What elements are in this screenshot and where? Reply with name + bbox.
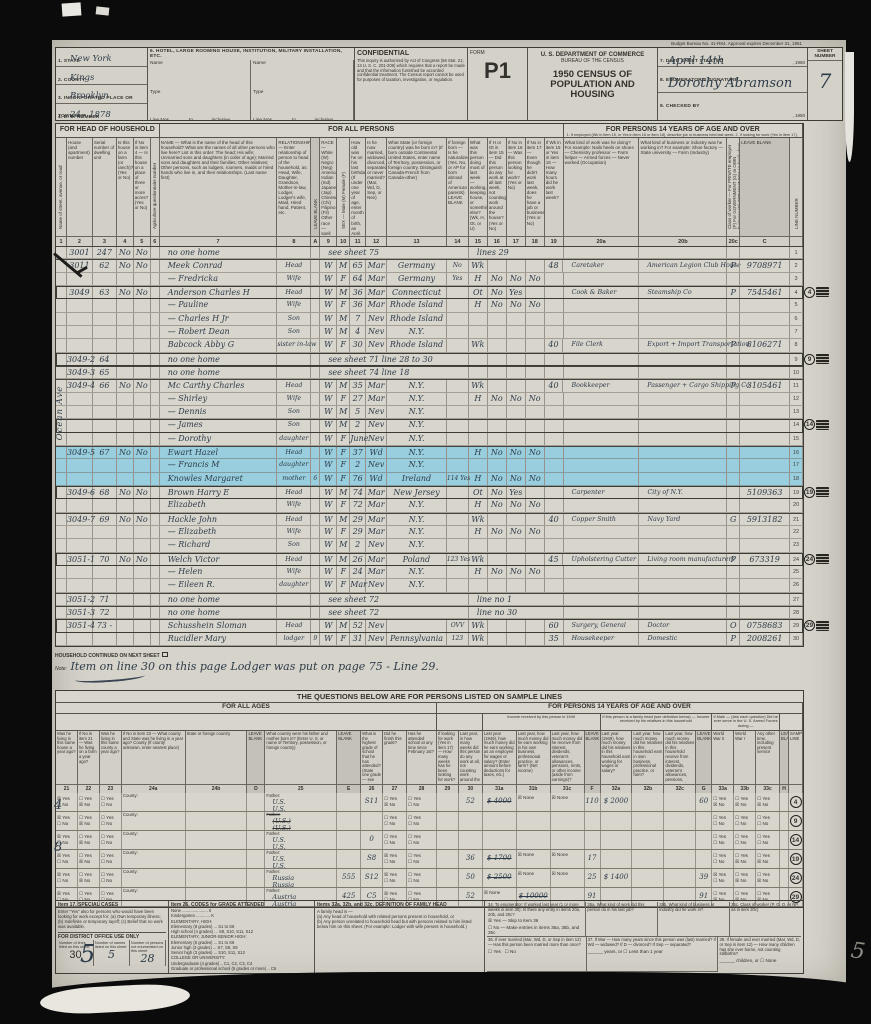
- cell: 72: [93, 607, 117, 618]
- cell: [117, 367, 134, 378]
- office-code: 25: [585, 869, 600, 881]
- column-number: 9: [320, 236, 336, 246]
- cell: — Fredricka: [160, 273, 278, 285]
- family-other-income-cell: [664, 812, 696, 830]
- column-question: What State (or foreign country) was he b…: [387, 138, 446, 235]
- cell: P: [727, 554, 740, 565]
- cell: W: [320, 393, 337, 405]
- parents-birthplace-cell: Father:RussiaRussiaMother:U.S.: [265, 869, 336, 887]
- cell: W: [320, 487, 337, 498]
- state-value: New York: [70, 55, 112, 64]
- other-income-cell: ☒ None: [551, 850, 585, 868]
- column-question: Last year, how much money did his relati…: [664, 731, 695, 783]
- cell: No: [488, 447, 507, 458]
- cell: [727, 607, 740, 618]
- cell: [469, 326, 488, 338]
- scanned-census-image: 146 Budget Bureau No. 41-R84. Approval e…: [0, 0, 871, 1024]
- cell: [151, 380, 160, 391]
- checkbox-pair: ☐ Yes☐ No: [734, 812, 755, 830]
- cell: W: [320, 433, 337, 445]
- margin-pen-mark: 4: [54, 798, 62, 813]
- grade-cell: S8: [361, 850, 383, 868]
- column-header: State or foreign country24b: [186, 731, 248, 793]
- none-checkbox: ☒ None: [517, 793, 550, 801]
- column-number: C: [740, 236, 789, 246]
- cell: [151, 419, 160, 431]
- cell: 9: [311, 633, 320, 645]
- cell: [117, 313, 134, 325]
- money-cell: ☒ None: [517, 793, 550, 801]
- money-cell: $ 4000: [483, 793, 516, 805]
- cell: 3049-6: [67, 487, 93, 498]
- cell: [56, 313, 67, 325]
- cell: [93, 326, 117, 338]
- checkbox-pair: ☐ Yes☐ No: [712, 812, 733, 830]
- column-question: If No in item 23 — What county and State…: [122, 731, 185, 783]
- cell: N.Y.: [387, 393, 447, 405]
- cell: No: [117, 260, 134, 271]
- cell: Nev: [366, 459, 387, 471]
- cell: 3049-3: [67, 367, 93, 378]
- cell: 3049-2: [67, 354, 93, 365]
- cell: W: [320, 287, 337, 298]
- column-question: What is the highest grade of school that…: [361, 731, 382, 783]
- cell: Mar: [366, 499, 387, 511]
- cell: [67, 633, 93, 645]
- cell: Connecticut: [387, 287, 447, 298]
- cell: 45: [545, 554, 564, 565]
- cell: [311, 579, 320, 591]
- weeks-worked-cell: 52: [459, 793, 483, 811]
- checkbox-no: ☐ No: [101, 878, 121, 884]
- column-header: If No in item 4 — Is this house on a pla…: [134, 138, 151, 246]
- cell: 3051-1: [67, 554, 93, 565]
- checkbox-no: ☐ No: [384, 821, 406, 827]
- cell: [56, 566, 67, 578]
- checkbox-no: ☒ No: [735, 878, 755, 884]
- column-question: Name of street, avenue, or road: [58, 138, 63, 230]
- other-income-cell: [551, 812, 585, 830]
- person-row: — ElizabethWifeWF29MarN.Y.HNoNoNo22: [56, 526, 803, 539]
- cell: No: [507, 499, 526, 511]
- finish-grade-cell: ☒ Yes☐ No: [383, 869, 407, 887]
- cell: Mar: [366, 299, 387, 311]
- column-question: Last year (1949), how much money did he …: [483, 731, 516, 783]
- sample-line-cell: 24: [789, 869, 803, 887]
- cell: Son: [277, 313, 311, 325]
- cell: Wife: [277, 499, 311, 511]
- cell: No: [117, 487, 134, 498]
- column-number: 15: [469, 236, 487, 246]
- cell: [447, 433, 469, 445]
- date-value: April 14th: [668, 54, 724, 67]
- cell: 20: [790, 499, 803, 511]
- cell: [564, 566, 640, 578]
- cell: [469, 459, 488, 471]
- cell: 70: [93, 554, 117, 565]
- column-number: 1: [56, 236, 66, 246]
- cell: [727, 419, 740, 431]
- cell: P: [727, 287, 740, 298]
- item-36-checkboxes: ☐ Yes ☐ No: [488, 949, 585, 954]
- family-business-cell: [632, 850, 664, 868]
- cell: N.Y.: [387, 499, 447, 511]
- column-header: Last year, in how many weeks did this pe…: [459, 731, 483, 793]
- sample-stamp: [816, 487, 829, 497]
- sample-group-band: FOR ALL AGESFOR PERSONS 14 YEARS OF AGE …: [56, 703, 803, 714]
- person-row: 3001247NoNono one homesee sheet 75lines …: [56, 246, 803, 259]
- form-number-block: FORM P1: [468, 48, 528, 120]
- grade-cell: 0: [361, 831, 383, 849]
- cell: Nev: [366, 339, 387, 351]
- weeks-worked-cell: [459, 812, 483, 830]
- cell: [545, 566, 564, 578]
- subgroup-title: [780, 714, 803, 730]
- form-label: FORM: [468, 48, 527, 58]
- cell: sister in-law: [277, 339, 311, 351]
- cell: [311, 287, 320, 298]
- cell: [740, 473, 790, 485]
- item-37-answer-line: ______ years, or ☐ Less than 1 year: [588, 949, 717, 954]
- cell: 76: [350, 473, 366, 485]
- other-income-cell: [551, 831, 585, 849]
- person-row: 3049-365no one homesee sheet 74 line 181…: [56, 366, 803, 379]
- cell: [151, 499, 160, 511]
- cell: [151, 539, 160, 551]
- column-question: If No in item 21 — Was he living on a fa…: [78, 731, 99, 783]
- column-question: RELATIONSHIP — Enter relationship of per…: [277, 138, 310, 235]
- cell: [639, 607, 727, 618]
- sample-line-number: 9: [804, 354, 815, 365]
- sample-line-number: 24: [790, 872, 802, 884]
- column-header: Serial number of dwelling unit3: [93, 138, 117, 246]
- census-sheet: 146 Budget Bureau No. 41-R84. Approval e…: [52, 40, 846, 988]
- cell: 5: [790, 299, 803, 311]
- cell: [526, 354, 545, 365]
- cell: [507, 459, 526, 471]
- column-number: 17: [507, 236, 525, 246]
- father-value: Russia: [272, 882, 335, 887]
- parents-birthplace-cell: Father:U.S.U.S.Mother:U.S.: [265, 793, 336, 811]
- leave-blank-cell: 17: [585, 850, 601, 868]
- office-code: 39: [696, 869, 711, 881]
- cell: Nev: [366, 433, 387, 445]
- cell: No: [526, 393, 545, 405]
- subgroup-title: [437, 714, 483, 730]
- checkbox-pair: ☐ Yes☐ No: [756, 831, 779, 849]
- cell: [93, 419, 117, 431]
- group-section: FOR HEAD OF HOUSEHOLD: [56, 124, 160, 137]
- checkbox-no: ☐ No: [101, 859, 121, 865]
- cell: No: [526, 447, 545, 458]
- cell: Mar: [366, 380, 387, 391]
- cell: [117, 326, 134, 338]
- cell: Mar: [366, 273, 387, 285]
- column-number: 26: [361, 784, 382, 793]
- column-question: If No in item 4 — Is this house on a pla…: [134, 138, 150, 235]
- cell: [469, 354, 488, 365]
- county-cell: County:: [122, 869, 185, 876]
- cell: [311, 260, 320, 271]
- cell: [545, 579, 564, 591]
- checkbox-no: ☒ No: [79, 840, 99, 846]
- checkbox-pair: ☐ Yes☐ No: [712, 831, 733, 849]
- checkbox-no: ☐ No: [408, 821, 436, 827]
- cell: [67, 339, 93, 351]
- column-question: LEAVE BLANK: [740, 138, 789, 235]
- money-value: $ 1700: [483, 850, 516, 862]
- money-value: $ 2000: [601, 793, 632, 805]
- cell: F: [337, 526, 350, 538]
- cell: [740, 367, 790, 378]
- cell: [526, 380, 545, 391]
- cell: [564, 607, 640, 618]
- cell: [447, 299, 469, 311]
- cell: Ot: [469, 487, 488, 498]
- cell: [488, 313, 507, 325]
- person-row: — Francis MdaughterWF2NevN.Y.17: [56, 459, 803, 472]
- cell: — Dennis: [160, 406, 278, 418]
- cell: M: [337, 260, 350, 271]
- cell: No: [526, 566, 545, 578]
- cell: Wk: [469, 633, 488, 645]
- cell: [507, 380, 526, 391]
- cell: [507, 633, 526, 645]
- person-row: ElizabethWifeWF72MarN.Y.HNoNoNo20: [56, 499, 803, 512]
- checkbox-no: ☐ No: [735, 840, 755, 846]
- column-question: Was he living in this same county a year…: [100, 731, 121, 783]
- sample-section-title: THE QUESTIONS BELOW ARE FOR PERSONS LIST…: [56, 691, 803, 703]
- sample-line-number: 14: [804, 419, 815, 430]
- grade-value: C5: [361, 888, 382, 900]
- cell: Head: [277, 287, 311, 298]
- special-cases-box: Item 17. SPECIAL CASES Enter "Yes" also …: [56, 901, 169, 973]
- cell: [469, 419, 488, 431]
- cell: [639, 473, 727, 485]
- cell: [56, 526, 67, 538]
- column-question: House (and apartment) number: [67, 138, 92, 235]
- column-number: 13: [387, 236, 446, 246]
- cell: 7545461: [740, 287, 790, 298]
- cell: [134, 499, 151, 511]
- cell: [740, 273, 790, 285]
- checkbox-no: ☒ No: [713, 802, 733, 808]
- cell: No: [507, 447, 526, 458]
- cell: 5109363: [740, 487, 790, 498]
- money-cell: ☒ None: [483, 888, 516, 896]
- cell: County:: [122, 812, 186, 830]
- leave-blank-cell: [585, 831, 601, 849]
- checkbox-pair: ☐ Yes☒ No: [78, 869, 99, 887]
- cell: 6: [790, 313, 803, 325]
- cell: [447, 539, 469, 551]
- cell: Head: [277, 554, 311, 565]
- family-wages-cell: $ 2000: [601, 793, 633, 811]
- cell: Nev: [366, 539, 387, 551]
- person-row: 3051-271no one homesee sheet 72line no 1…: [56, 593, 803, 606]
- cell: F: [337, 299, 350, 311]
- cell: [67, 313, 93, 325]
- sample-line-cell: 4: [789, 793, 803, 811]
- column-number: A: [311, 236, 319, 246]
- district-office-column: Number of names listed on this sheet5: [94, 940, 130, 967]
- cell: [67, 566, 93, 578]
- column-header: Last year, how much money did his relati…: [632, 731, 664, 793]
- column-question: If No in item 17 — Even though he didn't…: [526, 138, 544, 235]
- cell: [134, 354, 151, 365]
- cell: 28: [790, 607, 803, 618]
- checkbox-no: ☐ No: [713, 859, 733, 865]
- cell: [639, 499, 727, 511]
- none-checkbox: ☒ None: [551, 869, 584, 877]
- column-question: If H or Ot in item 15 — Did this person …: [488, 138, 506, 235]
- cell: [727, 354, 740, 365]
- item-37: 37. If Mar — How many years since this p…: [587, 937, 719, 972]
- none-checkbox: ☒ None: [551, 793, 584, 801]
- cell: 64: [93, 354, 117, 365]
- cell: Son: [277, 326, 311, 338]
- column-question: LEAVE BLANK: [247, 731, 264, 783]
- cell: Wd: [366, 473, 387, 485]
- q22-cell: ☐ Yes☒ No: [78, 831, 100, 849]
- cell: No: [134, 487, 151, 498]
- column-header: What country were his father and mother …: [265, 731, 337, 793]
- checkbox-no: ☐ No: [757, 821, 779, 827]
- cell: [151, 620, 160, 631]
- person-row: — Robert DeanSonWM4NevN.Y.7: [56, 326, 803, 339]
- cell: [526, 459, 545, 471]
- cell: 17: [790, 459, 803, 471]
- cell: 29: [790, 620, 803, 631]
- column-header: House (and apartment) number2: [67, 138, 93, 246]
- cell: 9708971: [740, 260, 790, 271]
- cell: [93, 539, 117, 551]
- checkbox-no: ☒ No: [757, 878, 779, 884]
- cell: [311, 313, 320, 325]
- cell: No: [488, 299, 507, 311]
- column-header: What kind of work was he doing? For exam…: [564, 138, 640, 246]
- cell: [469, 406, 488, 418]
- cell: [447, 287, 469, 298]
- cell: No: [488, 393, 507, 405]
- cell: [564, 594, 640, 605]
- form-header: 1. STATE New York 2. COUNTY Kings 3. INC…: [55, 47, 843, 121]
- leave-blank-cell: [585, 812, 601, 830]
- cell: [545, 447, 564, 458]
- family-head-title: Items 32a, 32b, and 32c. DEFINITION OF F…: [317, 902, 482, 908]
- column-number: 33a: [712, 784, 733, 793]
- column-question: LINE NUMBER: [794, 138, 799, 230]
- checkbox-pair: ☐ Yes☒ No: [78, 793, 99, 811]
- cell: [56, 607, 67, 618]
- checkbox-no: ☐ No: [713, 840, 733, 846]
- cell: Wife: [277, 299, 311, 311]
- cell: [545, 299, 564, 311]
- weeks-worked-value: 52: [459, 793, 482, 805]
- cell: [93, 633, 117, 645]
- wages-cell: $ 4000: [483, 793, 517, 811]
- cell: [545, 419, 564, 431]
- cell: Mar: [350, 579, 366, 591]
- column-question: Last year, how much money did he earn wo…: [517, 731, 550, 783]
- money-value: $ 4000: [483, 793, 516, 805]
- cell: F: [337, 473, 350, 485]
- father-value: U.S.: [272, 806, 335, 811]
- father-label: Father:U.S.U.S.: [266, 794, 335, 811]
- cell: [134, 539, 151, 551]
- leave-blank-cell: [696, 831, 712, 849]
- margin-pen-mark: 8: [54, 840, 62, 855]
- cell: [151, 273, 160, 285]
- cell: [151, 433, 160, 445]
- cell: [56, 326, 67, 338]
- cell: Nev: [366, 313, 387, 325]
- cell: 7: [350, 313, 366, 325]
- ww2-service-cell: ☒ Yes☐ No: [712, 869, 734, 887]
- cell: No: [134, 514, 151, 525]
- cell: [117, 433, 134, 445]
- cell: [151, 313, 160, 325]
- cell: [151, 473, 160, 485]
- column-question: Agriculture questionnaire number: [152, 138, 157, 230]
- group-title: FOR ALL PERSONS: [160, 124, 563, 133]
- cell: No: [526, 273, 545, 285]
- cell: No: [526, 526, 545, 538]
- cell: [117, 419, 134, 431]
- person-row: 3051-473 -Schusshein SlomanHeadWM52NevOV…: [56, 619, 803, 632]
- column-question: World War I: [734, 731, 755, 783]
- cell: 60: [545, 620, 564, 631]
- cell: [526, 433, 545, 445]
- q23-cell: ☐ Yes☐ No: [100, 793, 122, 811]
- cell: [488, 419, 507, 431]
- weeks-worked-cell: [459, 831, 483, 849]
- column-question: SAMPLE LINE: [789, 731, 802, 783]
- cell: M: [337, 287, 350, 298]
- cell: [727, 313, 740, 325]
- cell: 67: [93, 447, 117, 458]
- cell: [93, 499, 117, 511]
- cell: 66: [93, 380, 117, 391]
- cell: [488, 260, 507, 271]
- leave-blank-cell: [780, 850, 789, 868]
- q22-cell: ☐ Yes☒ No: [78, 793, 100, 811]
- checkbox-pair: ☐ Yes☐ No: [712, 850, 733, 868]
- cell: No: [526, 499, 545, 511]
- checkbox-pair: ☐ Yes☐ No: [100, 869, 121, 887]
- cell: Yes: [447, 273, 469, 285]
- column-question: State or foreign country: [186, 731, 247, 783]
- cell: M: [337, 406, 350, 418]
- cell: [469, 367, 488, 378]
- cell: line no 1: [469, 594, 564, 605]
- attended-school-cell: ☐ Yes☐ No: [407, 812, 437, 830]
- cell: 2008261: [740, 633, 790, 645]
- q23-cell: ☐ Yes☐ No: [100, 869, 122, 887]
- cell: Father:RussiaRussiaMother:U.S.: [265, 869, 337, 887]
- cell: No: [526, 473, 545, 485]
- scan-paper-tab: [96, 6, 110, 15]
- cell: Head: [277, 487, 311, 498]
- cell: No: [134, 247, 151, 258]
- cell: [639, 313, 727, 325]
- cell: [311, 433, 320, 445]
- sample-line-cell: 19: [789, 850, 803, 868]
- cell: — Francis M: [160, 459, 278, 471]
- cell: N.Y.: [387, 459, 447, 471]
- leave-blank-cell: 60: [696, 793, 712, 811]
- grade-cell: S12: [361, 869, 383, 887]
